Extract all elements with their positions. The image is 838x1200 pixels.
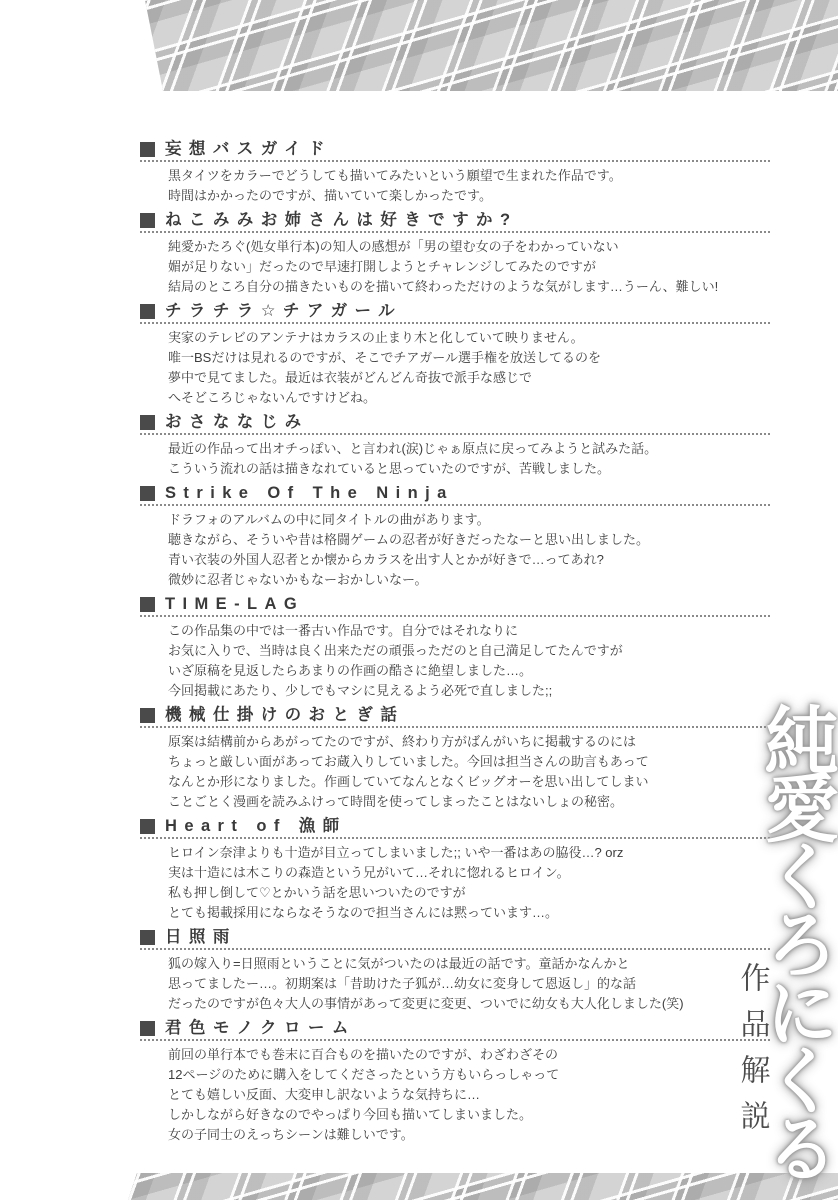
body-line: お気に入りで、当時は良く出来ただの頑張っただのと自己満足してたんですが (168, 641, 770, 661)
body-line: ヒロイン奈津よりも十造が目立ってしまいました;; いや一番はあの脇役…? orz (168, 843, 770, 863)
section-title: 君色モノクローム (165, 1019, 356, 1037)
section-title: 日照雨 (165, 928, 237, 946)
plaid-band-bottom (128, 1173, 838, 1200)
section-heading: Strike Of The Ninja (140, 484, 770, 506)
section-body: 前回の単行本でも巻末に百合ものを描いたのですが、わざわざその12ページのために購… (140, 1045, 770, 1145)
body-line: ことごとく漫画を読みふけって時間を使ってしまったことはないしょの秘密。 (168, 792, 770, 812)
section-title: 妄想バスガイド (165, 140, 332, 158)
section-title: チラチラ☆チアガール (165, 302, 402, 320)
section-heading: 妄想バスガイド (140, 140, 770, 162)
square-bullet-icon (140, 930, 155, 945)
section-heading: ねこみみお姉さんは好きですか? (140, 211, 770, 233)
body-line: とても掲載採用にならなそうなので担当さんには黙っています…。 (168, 903, 770, 923)
commentary-section: おさななじみ 最近の作品って出オチっぽい、と言われ(涙)じゃぁ原点に戻ってみよう… (140, 413, 770, 479)
body-line: この作品集の中では一番古い作品です。自分ではそれなりに (168, 621, 770, 641)
body-line: だったのですが色々大人の事情があって変更に変更、ついでに幼女も大人化しました(笑… (168, 994, 770, 1014)
section-heading: 日照雨 (140, 928, 770, 950)
body-line: 思ってましたー…。初期案は「昔助けた子狐が…幼女に変身して恩返し」的な話 (168, 974, 770, 994)
body-line: 唯一BSだけは見れるのですが、そこでチアガール選手権を放送してるのを (168, 348, 770, 368)
section-title: ねこみみお姉さんは好きですか? (165, 211, 517, 229)
body-line: 時間はかかったのですが、描いていて楽しかったです。 (168, 186, 770, 206)
square-bullet-icon (140, 142, 155, 157)
section-body: 実家のテレビのアンテナはカラスの止まり木と化していて映りません。唯一BSだけは見… (140, 328, 770, 408)
body-line: ドラフォのアルバムの中に同タイトルの曲があります。 (168, 510, 770, 530)
section-body: 最近の作品って出オチっぽい、と言われ(涙)じゃぁ原点に戻ってみようと試みた話。こ… (140, 439, 770, 479)
section-body: 黒タイツをカラーでどうしても描いてみたいという願望で生まれた作品です。時間はかか… (140, 166, 770, 206)
square-bullet-icon (140, 415, 155, 430)
body-line: 媚が足りない」だったので早速打開しようとチャレンジしてみたのですが (168, 257, 770, 277)
square-bullet-icon (140, 304, 155, 319)
body-line: 原案は結構前からあがってたのですが、終わり方がばんがいちに掲載するのには (168, 732, 770, 752)
square-bullet-icon (140, 213, 155, 228)
body-line: 今回掲載にあたり、少しでもマシに見えるよう必死で直しました;; (168, 681, 770, 701)
body-line: へそどころじゃないんですけどね。 (168, 388, 770, 408)
page-heading-vertical: 作品解説 (736, 962, 768, 1146)
body-line: ちょっと厳しい面があってお蔵入りしていました。今回は担当さんの助言もあって (168, 752, 770, 772)
section-body: ドラフォのアルバムの中に同タイトルの曲があります。聴きながら、そういや昔は格闘ゲ… (140, 510, 770, 590)
section-heading: Heart of 漁師 (140, 817, 770, 839)
section-title: Strike Of The Ninja (165, 484, 454, 502)
body-line: 黒タイツをカラーでどうしても描いてみたいという願望で生まれた作品です。 (168, 166, 770, 186)
section-title: TIME-LAG (165, 595, 304, 613)
body-line: とても嬉しい反面、大変申し訳ないような気持ちに… (168, 1085, 770, 1105)
commentary-section: 機械仕掛けのおとぎ話 原案は結構前からあがってたのですが、終わり方がばんがいちに… (140, 706, 770, 812)
body-line: 私も押し倒して♡とかいう話を思いついたのですが (168, 883, 770, 903)
section-heading: 機械仕掛けのおとぎ話 (140, 706, 770, 728)
book-title-vertical: 純愛くろにくる (758, 702, 832, 1178)
body-line: 純愛かたろぐ(処女単行本)の知人の感想が「男の望む女の子をわかっていない (168, 237, 770, 257)
body-line: 青い衣装の外国人忍者とか懐からカラスを出す人とかが好きで…ってあれ? (168, 550, 770, 570)
body-line: 最近の作品って出オチっぽい、と言われ(涙)じゃぁ原点に戻ってみようと試みた話。 (168, 439, 770, 459)
square-bullet-icon (140, 819, 155, 834)
body-line: 12ページのために購入をしてくださったという方もいらっしゃって (168, 1065, 770, 1085)
section-heading: 君色モノクローム (140, 1019, 770, 1041)
body-line: 実は十造には木こりの森造という兄がいて…それに惚れるヒロイン。 (168, 863, 770, 883)
body-line: いざ原稿を見返したらあまりの作画の酷さに絶望しました…。 (168, 661, 770, 681)
body-line: 狐の嫁入り=日照雨ということに気がついたのは最近の話です。童話かなんかと (168, 954, 770, 974)
section-heading: TIME-LAG (140, 595, 770, 617)
body-line: 夢中で見てました。最近は衣装がどんどん奇抜で派手な感じで (168, 368, 770, 388)
body-line: 結局のところ自分の描きたいものを描いて終わっただけのような気がします…うーん、難… (168, 277, 770, 297)
section-body: 純愛かたろぐ(処女単行本)の知人の感想が「男の望む女の子をわかっていない媚が足り… (140, 237, 770, 297)
section-title: おさななじみ (165, 413, 309, 431)
section-heading: チラチラ☆チアガール (140, 302, 770, 324)
commentary-section: 妄想バスガイド 黒タイツをカラーでどうしても描いてみたいという願望で生まれた作品… (140, 140, 770, 206)
commentary-section: チラチラ☆チアガール 実家のテレビのアンテナはカラスの止まり木と化していて映りま… (140, 302, 770, 408)
section-heading: おさななじみ (140, 413, 770, 435)
body-line: 実家のテレビのアンテナはカラスの止まり木と化していて映りません。 (168, 328, 770, 348)
square-bullet-icon (140, 486, 155, 501)
section-body: 原案は結構前からあがってたのですが、終わり方がばんがいちに掲載するのにはちょっと… (140, 732, 770, 812)
commentary-section: 君色モノクローム 前回の単行本でも巻末に百合ものを描いたのですが、わざわざその1… (140, 1019, 770, 1145)
section-body: この作品集の中では一番古い作品です。自分ではそれなりにお気に入りで、当時は良く出… (140, 621, 770, 701)
square-bullet-icon (140, 597, 155, 612)
body-line: なんとか形になりました。作画していてなんとなくビッグオーを思い出してしまい (168, 772, 770, 792)
body-line: こういう流れの話は描きなれていると思っていたのですが、苦戦しました。 (168, 459, 770, 479)
body-line: 聴きながら、そういや昔は格闘ゲームの忍者が好きだったなーと思い出しました。 (168, 530, 770, 550)
commentary-section: ねこみみお姉さんは好きですか? 純愛かたろぐ(処女単行本)の知人の感想が「男の望… (140, 211, 770, 297)
section-title: 機械仕掛けのおとぎ話 (165, 706, 404, 724)
section-body: ヒロイン奈津よりも十造が目立ってしまいました;; いや一番はあの脇役…? orz… (140, 843, 770, 923)
commentary-section: Heart of 漁師 ヒロイン奈津よりも十造が目立ってしまいました;; いや一… (140, 817, 770, 923)
section-title: Heart of 漁師 (165, 817, 347, 835)
commentary-section: 日照雨 狐の嫁入り=日照雨ということに気がついたのは最近の話です。童話かなんかと… (140, 928, 770, 1014)
body-line: しかしながら好きなのでやっぱり今回も描いてしまいました。 (168, 1105, 770, 1125)
section-body: 狐の嫁入り=日照雨ということに気がついたのは最近の話です。童話かなんかと思ってま… (140, 954, 770, 1014)
square-bullet-icon (140, 1021, 155, 1036)
plaid-band-top (138, 0, 838, 91)
body-line: 微妙に忍者じゃないかもなーおかしいなー。 (168, 570, 770, 590)
commentary-section: Strike Of The Ninja ドラフォのアルバムの中に同タイトルの曲が… (140, 484, 770, 590)
commentary-column: 妄想バスガイド 黒タイツをカラーでどうしても描いてみたいという願望で生まれた作品… (140, 140, 770, 1150)
body-line: 女の子同士のえっちシーンは難しいです。 (168, 1125, 770, 1145)
commentary-section: TIME-LAG この作品集の中では一番古い作品です。自分ではそれなりにお気に入… (140, 595, 770, 701)
body-line: 前回の単行本でも巻末に百合ものを描いたのですが、わざわざその (168, 1045, 770, 1065)
square-bullet-icon (140, 708, 155, 723)
